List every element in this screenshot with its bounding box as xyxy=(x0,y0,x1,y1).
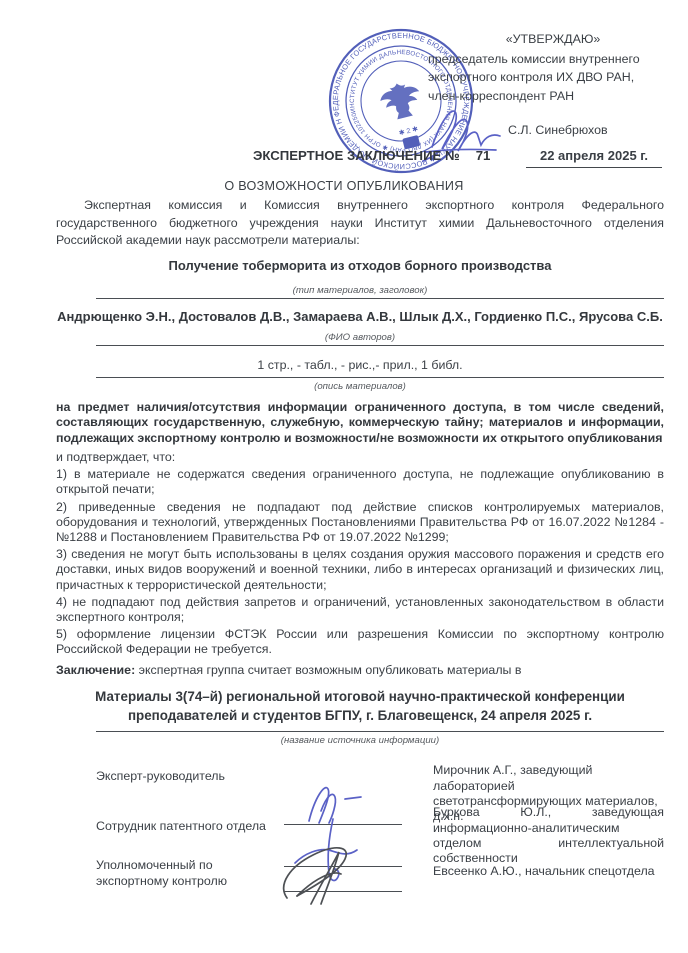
approve-block: «УТВЕРЖДАЮ» председатель комиссии внутре… xyxy=(428,30,678,151)
source-caption: (название источника информации) xyxy=(56,735,664,746)
inventory-caption: (опись материалов) xyxy=(56,381,664,392)
document-date: 22 апреля 2025 г. xyxy=(526,148,662,168)
material-title-caption: (тип материалов, заголовок) xyxy=(56,285,664,296)
field-divider xyxy=(96,345,664,346)
field-divider xyxy=(96,731,664,732)
material-title: Получение тоберморита из отходов борного… xyxy=(56,258,664,273)
expert-conclusion-document: ФЕДЕРАЛЬНОЕ ГОСУДАРСТВЕННОЕ БЮДЖЕТНОЕ УЧ… xyxy=(0,0,688,953)
authors-caption: (ФИО авторов) xyxy=(56,332,664,343)
intro-paragraph: Экспертная комиссия и Комиссия внутренне… xyxy=(56,197,664,250)
field-divider xyxy=(96,377,664,378)
document-body: Экспертная комиссия и Комиссия внутренне… xyxy=(56,197,664,892)
signature-role: Уполномоченный по экспортному контролю xyxy=(56,848,281,892)
document-title: ЭКСПЕРТНОЕ ЗАКЛЮЧЕНИЕ №71 xyxy=(253,148,490,163)
conclusion-label: Заключение: xyxy=(56,663,135,677)
numbered-item-4: 4) не подпадают под действия запретов и … xyxy=(56,595,664,625)
double-eagle-emblem-icon xyxy=(377,79,424,123)
subject-paragraph: на предмет наличия/отсутствия информации… xyxy=(56,400,664,447)
signature-line xyxy=(284,891,402,892)
numbered-item-5: 5) оформление лицензии ФСТЭК России или … xyxy=(56,627,664,657)
signature-row-export-control: Уполномоченный по экспортному контролю Е… xyxy=(56,848,664,892)
conclusion-paragraph: Заключение: экспертная группа считает во… xyxy=(56,663,664,679)
approver-name: С.Л. Синебрюхов xyxy=(508,121,608,140)
signature-row-patent: Сотрудник патентного отдела Буркова Ю.Л.… xyxy=(56,805,664,848)
confirm-line: и подтверждает, что: xyxy=(56,450,664,466)
source-title: Материалы 3(74–й) региональной итоговой … xyxy=(56,687,664,725)
field-divider xyxy=(96,298,664,299)
conclusion-text: экспертная группа считает возможным опуб… xyxy=(139,663,522,677)
numbered-item-2: 2) приведенные сведения не подпадают под… xyxy=(56,500,664,546)
approve-quote: «УТВЕРЖДАЮ» xyxy=(428,30,678,49)
approve-line-2: экспортного контроля ИХ ДВО РАН, xyxy=(428,68,678,87)
numbered-item-1: 1) в материале не содержатся сведения ог… xyxy=(56,467,664,497)
document-subtitle: О ВОЗМОЖНОСТИ ОПУБЛИКОВАНИЯ xyxy=(56,179,632,193)
authors-line: Андрющенко Э.Н., Достовалов Д.В., Замара… xyxy=(56,309,664,324)
signature-row-expert: Эксперт-руководитель Мирочник А.Г., заве… xyxy=(56,761,664,805)
inventory-line: 1 стр., - табл., - рис.,- прил., 1 библ. xyxy=(56,358,664,372)
signer-name: Евсеенко А.Ю., начальник спецотдела xyxy=(433,848,664,892)
signature-block: Эксперт-руководитель Мирочник А.Г., заве… xyxy=(56,761,664,892)
approve-line-1: председатель комиссии внутреннего xyxy=(428,50,678,69)
numbered-item-3: 3) сведения не могут быть использованы в… xyxy=(56,547,664,593)
document-number: 71 xyxy=(476,148,491,163)
